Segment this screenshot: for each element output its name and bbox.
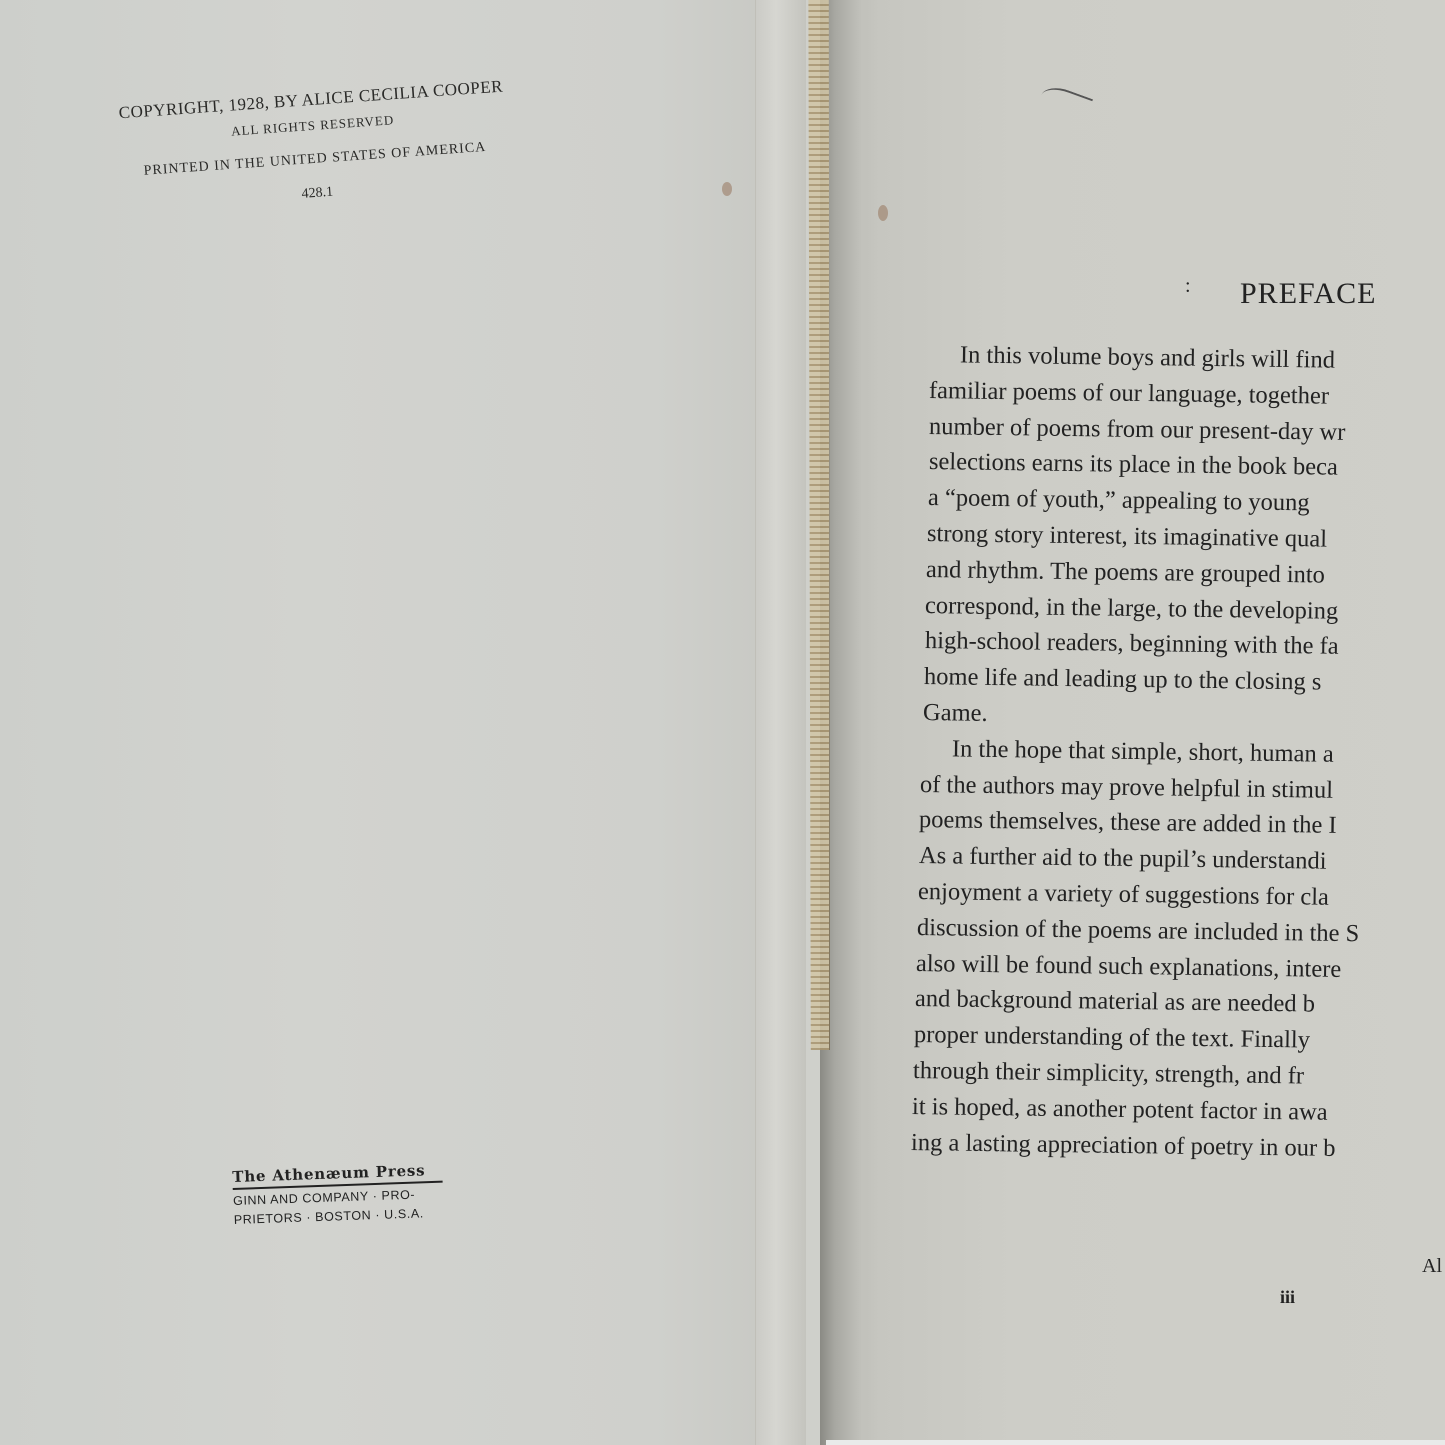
page-title: PREFACE xyxy=(1240,277,1376,311)
copyright-notice: COPYRIGHT, 1928, BY ALICE CECILIA COOPER… xyxy=(95,65,532,217)
author-signature: Al xyxy=(1422,1255,1442,1278)
colon-mark: : xyxy=(1185,275,1191,298)
page-bottom-edge xyxy=(826,1440,1445,1445)
publisher-line-2: PRIETORS · BOSTON · U.S.A. xyxy=(234,1205,444,1228)
left-page: COPYRIGHT, 1928, BY ALICE CECILIA COOPER… xyxy=(0,0,770,1445)
page-hinge xyxy=(755,0,806,1445)
preface-body: In this volume boys and girls will find … xyxy=(905,337,1445,1160)
stain xyxy=(878,205,888,221)
stain xyxy=(722,182,732,196)
press-name: The Athenæum Press xyxy=(232,1161,443,1190)
spine-binding-thread xyxy=(806,0,830,1050)
page-number: iii xyxy=(1280,1287,1295,1308)
publisher-imprint: The Athenæum Press GINN AND COMPANY · PR… xyxy=(232,1161,444,1228)
